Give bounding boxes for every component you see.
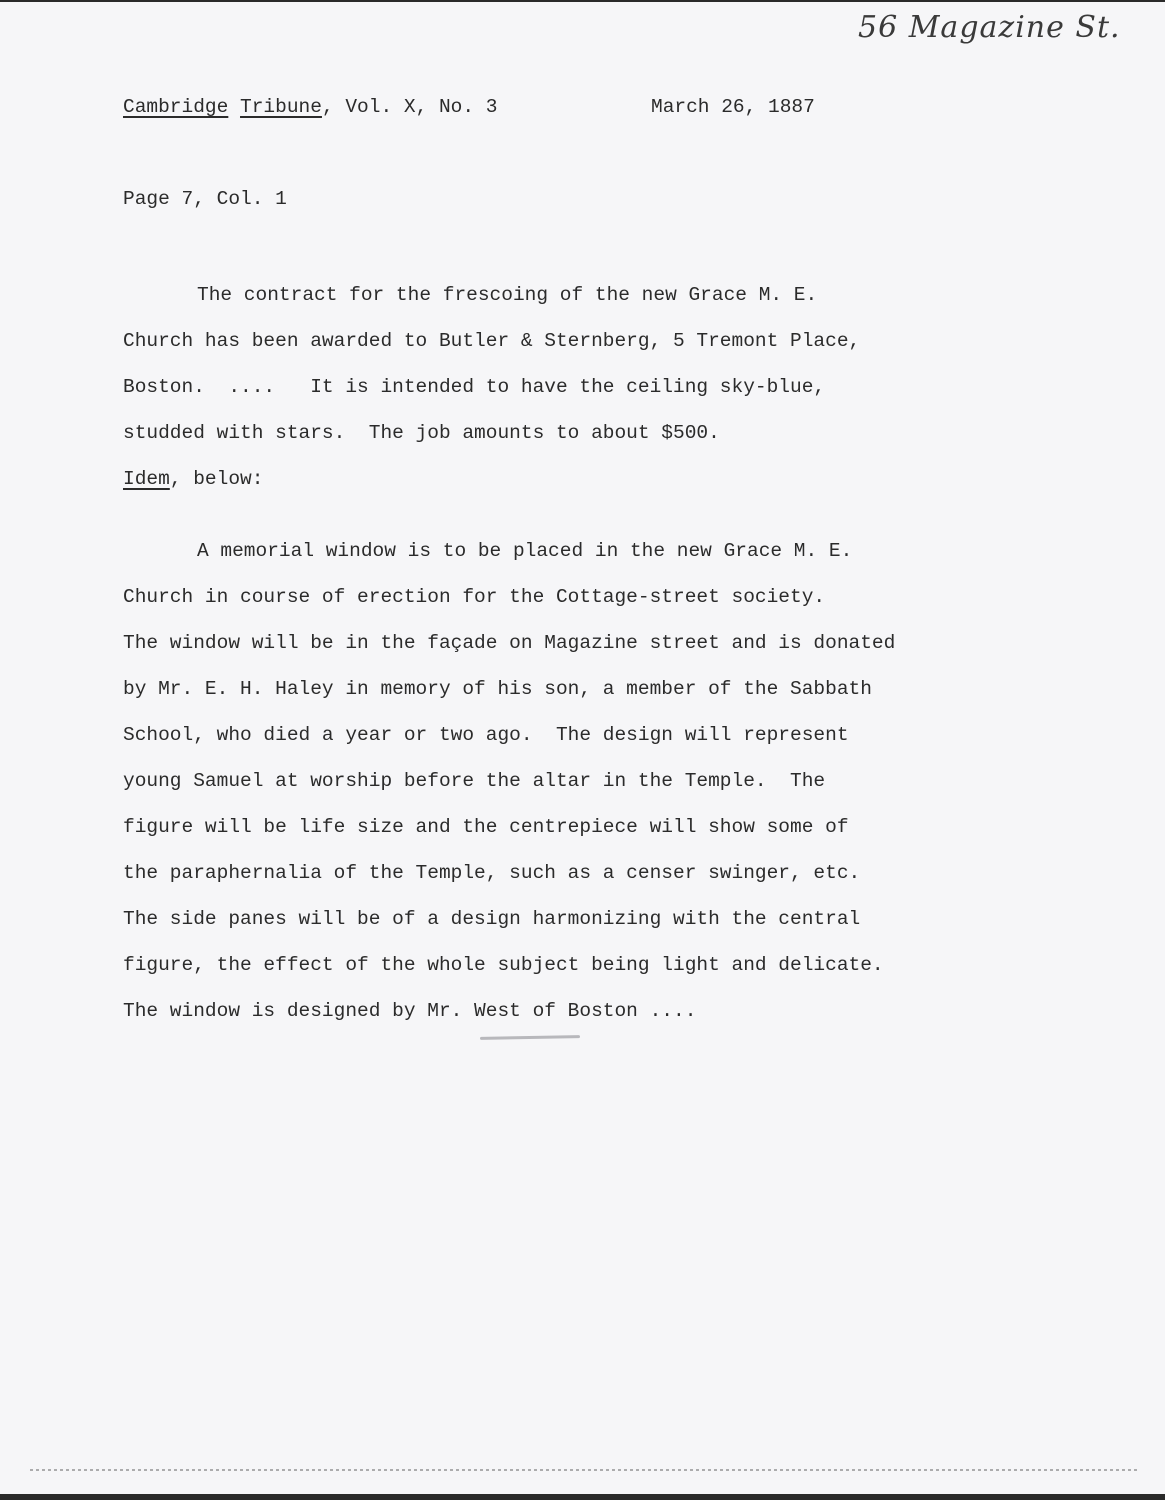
paragraph2-line: by Mr. E. H. Haley in memory of his son,… [123,678,872,700]
paragraph2-line: Church in course of erection for the Cot… [123,586,825,608]
paragraph2-line: the paraphernalia of the Temple, such as… [123,862,860,884]
citation-header: Cambridge Tribune, Vol. X, No. 3March 26… [123,96,497,118]
paragraph2-line: figure, the effect of the whole subject … [123,954,884,976]
paragraph1-line: Church has been awarded to Butler & Ster… [123,330,860,352]
paragraph1-line: The contract for the frescoing of the ne… [197,284,817,306]
paragraph1-line: studded with stars. The job amounts to a… [123,422,720,444]
volume-number: , Vol. X, No. 3 [322,96,498,118]
idem-reference: Idem, below: [123,468,263,490]
paragraph2-line: figure will be life size and the centrep… [123,816,849,838]
paragraph2-line: The side panes will be of a design harmo… [123,908,860,930]
scan-artifact-rule [30,1469,1140,1471]
publication-date: March 26, 1887 [651,96,815,118]
document-page: 56 Magazine St. Cambridge Tribune, Vol. … [0,2,1165,1494]
publication-name-2: Tribune [240,96,322,118]
publication-name: Cambridge [123,96,228,118]
idem-label: Idem [123,468,170,490]
paragraph2-line: A memorial window is to be placed in the… [197,540,852,562]
paragraph2-line: School, who died a year or two ago. The … [123,724,849,746]
paragraph2-line: The window is designed by Mr. West of Bo… [123,1000,696,1022]
paragraph1-line: Boston. .... It is intended to have the … [123,376,825,398]
handwritten-address-note: 56 Magazine St. [858,10,1121,45]
paragraph2-line: The window will be in the façade on Maga… [123,632,895,654]
pencil-underline-mark [480,1035,580,1040]
page-column-reference: Page 7, Col. 1 [123,188,287,210]
idem-rest: , below: [170,468,264,490]
paragraph2-line: young Samuel at worship before the altar… [123,770,825,792]
